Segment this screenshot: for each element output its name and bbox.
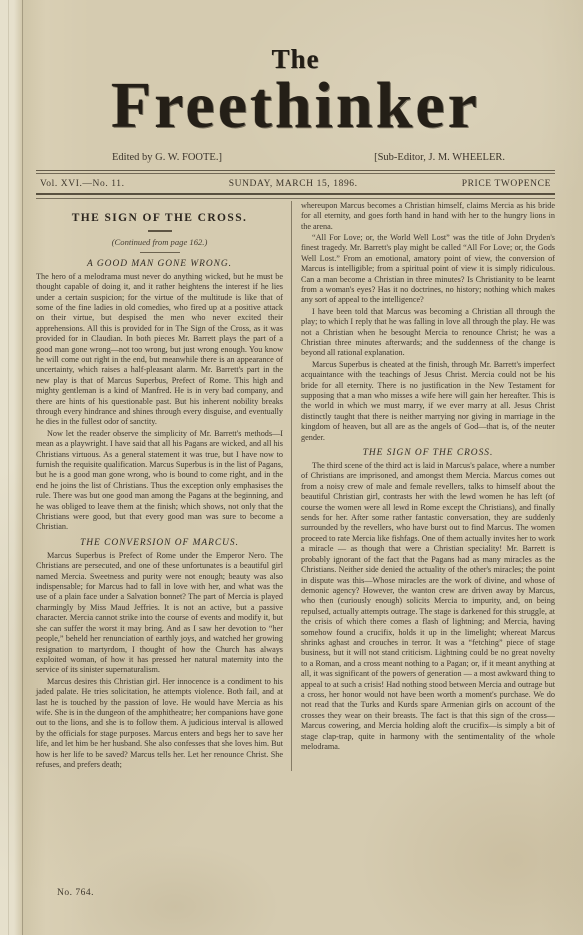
continued-note: (Continued from page 162.): [36, 237, 283, 247]
paragraph: whereupon Marcus becomes a Christian him…: [301, 201, 555, 232]
article-columns: THE SIGN OF THE CROSS. (Continued from p…: [36, 201, 555, 772]
page-edge-line: [8, 0, 9, 935]
editor-row: Edited by G. W. FOOTE.] [Sub-Editor, J. …: [36, 152, 555, 163]
paragraph: The hero of a melodrama must never do an…: [36, 272, 283, 428]
paragraph: “All For Love; or, the World Well Lost” …: [301, 233, 555, 306]
paragraph: Marcus Superbus is Prefect of Rome under…: [36, 551, 283, 676]
paragraph: Marcus desires this Christian girl. Her …: [36, 677, 283, 771]
sub-editor-right: [Sub-Editor, J. M. WHEELER.: [374, 152, 505, 163]
crosshead-good-man-gone-wrong: A GOOD MAN GONE WRONG.: [36, 259, 283, 269]
page-fold-line: [22, 0, 23, 935]
editor-left: Edited by G. W. FOOTE.]: [112, 152, 222, 163]
paragraph: Now let the reader observe the simplicit…: [36, 429, 283, 533]
masthead-title: Freethinker: [36, 75, 555, 138]
crosshead-sign-of-the-cross: THE SIGN OF THE CROSS.: [301, 448, 555, 458]
scanned-newspaper-page: { "masthead": { "the": "The", "title": "…: [0, 0, 583, 935]
dateline-rule: [36, 193, 555, 199]
right-column: whereupon Marcus becomes a Christian him…: [291, 201, 555, 772]
issue-date: SUNDAY, MARCH 15, 1896.: [229, 179, 358, 189]
dateline: Vol. XVI.—No. 11. SUNDAY, MARCH 15, 1896…: [36, 174, 555, 193]
paragraph: Marcus Superbus is cheated at the finish…: [301, 360, 555, 443]
headline-rule: [148, 230, 172, 232]
paragraph: The third scene of the third act is laid…: [301, 461, 555, 752]
continued-rule: [140, 252, 180, 253]
left-column: THE SIGN OF THE CROSS. (Continued from p…: [36, 201, 291, 772]
page-content: The Freethinker Edited by G. W. FOOTE.] …: [36, 0, 555, 771]
paragraph: I have been told that Marcus was becomin…: [301, 307, 555, 359]
article-headline: THE SIGN OF THE CROSS.: [36, 212, 283, 224]
price: PRICE TWOPENCE: [462, 179, 551, 189]
volume-number: Vol. XVI.—No. 11.: [40, 179, 125, 189]
crosshead-conversion-of-marcus: THE CONVERSION OF MARCUS.: [36, 538, 283, 548]
issue-whole-number: No. 764.: [57, 888, 94, 898]
